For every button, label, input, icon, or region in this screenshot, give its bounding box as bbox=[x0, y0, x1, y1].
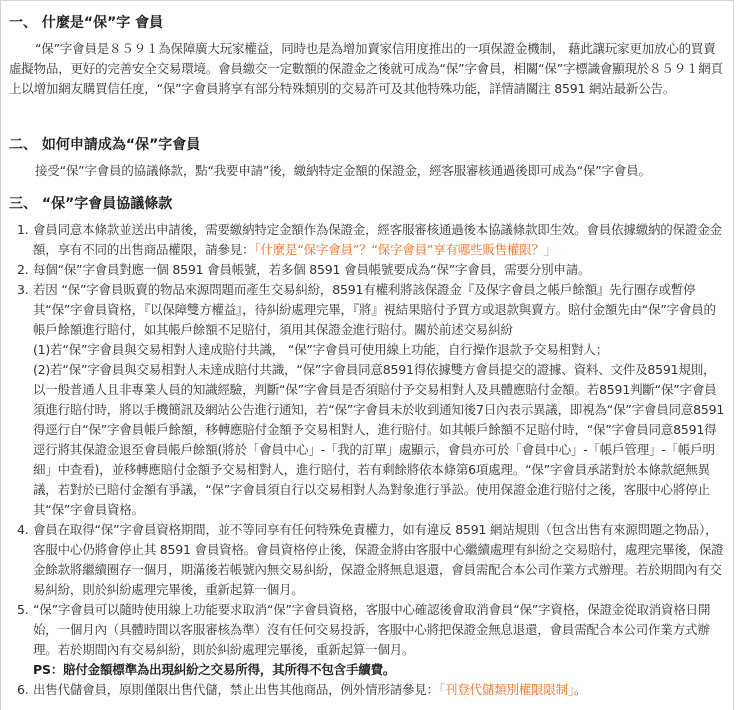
term-text: 出售代儲會員，原則僅限出售代儲，禁止出售其他商品，例外情形請參見： bbox=[33, 682, 439, 697]
term-text: 若因 “保”字會員販賣的物品來源問題而產生交易糾紛，8591有權利將該保證金『及… bbox=[33, 282, 716, 337]
term-text: 每個“保”字會員對應一個 8591 會員帳號，若多個 8591 會員帳號要成為“… bbox=[33, 262, 590, 277]
term-number: 6. bbox=[17, 680, 29, 700]
section-heading-how-to-apply: 二、 如何申請成為“保”字會員 bbox=[9, 134, 200, 154]
term-text: 會員在取得“保”字會員資格期間，並不等同享有任何特殊免責權力，如有違反 8591… bbox=[33, 522, 723, 597]
term-number: 4. bbox=[17, 520, 29, 540]
proxy-category-limits-link[interactable]: 「刊登代儲類別權限限制」 bbox=[439, 682, 574, 697]
term-item: 5. “保”字會員可以隨時使用線上功能要求取消“保”字會員資格，客服中心確認後會… bbox=[9, 600, 725, 680]
term-item: 1. 會員同意本條款並送出申請後，需要繳納特定金額作為保證金，經客服審核通過後本… bbox=[9, 220, 725, 260]
term-subitem: (2)若“保”字會員與交易相對人未達成賠付共識，“保”字會員同意8591得依據雙… bbox=[33, 360, 725, 520]
term-item: 2. 每個“保”字會員對應一個 8591 會員帳號，若多個 8591 會員帳號要… bbox=[9, 260, 725, 280]
section-heading-terms: 三、 “保”字會員協議條款 bbox=[9, 193, 172, 213]
section-heading-what-is: 一、 什麼是“保”字 會員 bbox=[9, 12, 163, 32]
term-subitem: (1)若“保”字會員與交易相對人達成賠付共識， “保”字會員可使用線上功能，自行… bbox=[33, 340, 725, 360]
permissions-link[interactable]: 「什麼是“保字會員”？“保字會員”享有哪些販售權限？」 bbox=[254, 242, 556, 257]
section-body-how-to-apply: 接受“保”字會員的協議條款，點“我要申請”後，繳納特定金額的保證金，經客服審核通… bbox=[9, 161, 723, 181]
term-number: 1. bbox=[17, 220, 29, 240]
term-text: “保”字會員可以隨時使用線上功能要求取消“保”字會員資格，客服中心確認後會取消會… bbox=[33, 602, 710, 657]
terms-document: 一、 什麼是“保”字 會員 “保”字會員是８５９１為保障廣大玩家權益，同時也是為… bbox=[0, 0, 734, 704]
terms-list: 1. 會員同意本條款並送出申請後，需要繳納特定金額作為保證金，經客服審核通過後本… bbox=[9, 220, 725, 700]
term-number: 2. bbox=[17, 260, 29, 280]
term-item: 4. 會員在取得“保”字會員資格期間，並不等同享有任何特殊免責權力，如有違反 8… bbox=[9, 520, 725, 600]
term-item: 6. 出售代儲會員，原則僅限出售代儲，禁止出售其他商品，例外情形請參見：「刊登代… bbox=[9, 680, 725, 700]
term-number: 3. bbox=[17, 280, 29, 300]
ps-note: PS：賠付金額標準為出現糾紛之交易所得，其所得不包含手續費。 bbox=[33, 660, 725, 680]
section-body-what-is: “保”字會員是８５９１為保障廣大玩家權益，同時也是為增加賣家信用度推出的一項保證… bbox=[9, 39, 723, 99]
term-number: 5. bbox=[17, 600, 29, 620]
term-suffix: 。 bbox=[574, 682, 586, 697]
term-item: 3. 若因 “保”字會員販賣的物品來源問題而產生交易糾紛，8591有權利將該保證… bbox=[9, 280, 725, 520]
